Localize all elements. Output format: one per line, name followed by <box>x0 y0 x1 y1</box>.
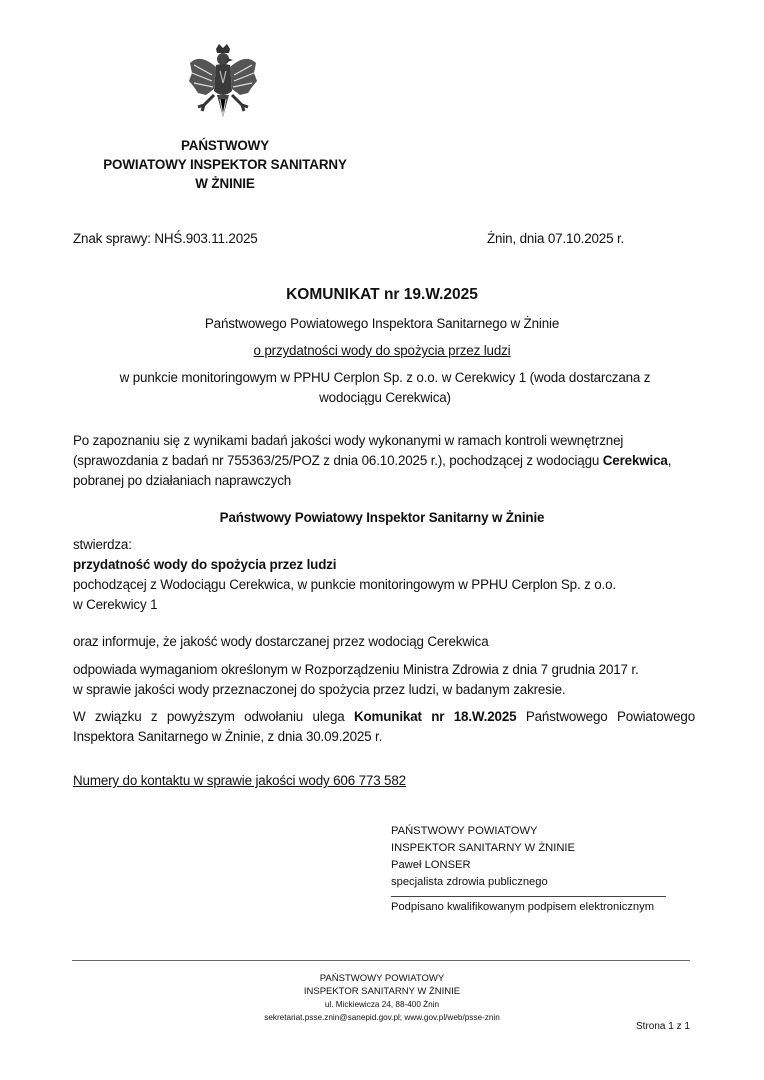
finding-label: stwierdza: <box>73 535 693 555</box>
info-paragraph-3: W związku z powyższym odwołaniu ulega Ko… <box>73 707 695 747</box>
institution-line: POWIATOWY INSPEKTOR SANITARNY <box>80 155 370 174</box>
signatory-name: Paweł LONSER <box>391 857 681 874</box>
place-and-date: Żnin, dnia 07.10.2025 r. <box>487 229 624 249</box>
signature-line: INSPEKTOR SANITARNY W ŻNINIE <box>391 840 681 857</box>
institution-line: PAŃSTWOWY <box>80 136 370 155</box>
page-number: Strona 1 z 1 <box>636 1021 690 1032</box>
authority-heading: Państwowy Powiatowy Inspektor Sanitarny … <box>0 508 764 528</box>
intro-text: Po zapoznaniu się z wynikami badań jakoś… <box>73 433 623 468</box>
info-regulation-line: odpowiada wymaganiom określonym w Rozpor… <box>73 660 703 680</box>
title-subject: o przydatności wody do spożycia przez lu… <box>0 341 764 361</box>
finding-location: w Cerekwicy 1 <box>73 595 693 615</box>
signature-line: PAŃSTWOWY POWIATOWY <box>391 823 681 840</box>
info-paragraph-2: odpowiada wymaganiom określonym w Rozpor… <box>73 660 703 700</box>
revoked-communique: Komunikat nr 18.W.2025 <box>354 709 516 724</box>
footer: PAŃSTWOWY POWIATOWY INSPEKTOR SANITARNY … <box>0 972 764 1024</box>
signature-caption: Podpisano kwalifikowanym podpisem elektr… <box>391 901 654 913</box>
intro-paragraph: Po zapoznaniu się z wynikami badań jakoś… <box>73 431 693 491</box>
signatory-role: specjalista zdrowia publicznego <box>391 874 681 891</box>
intro-waterworks-name: Cerekwica <box>603 453 668 468</box>
finding-statement: przydatność wody do spożycia przez ludzi <box>73 555 693 575</box>
footer-line: PAŃSTWOWY POWIATOWY <box>0 972 764 985</box>
footer-divider <box>72 960 690 961</box>
signature-block: PAŃSTWOWY POWIATOWY INSPEKTOR SANITARNY … <box>391 823 681 891</box>
signature-divider <box>391 896 666 897</box>
polish-eagle-emblem-icon <box>186 43 260 125</box>
info-paragraph-1: oraz informuje, że jakość wody dostarcza… <box>73 632 693 652</box>
institution-line: W ŻNINIE <box>80 174 370 193</box>
footer-address: ul. Mickiewicza 24, 88-400 Żnin <box>0 998 764 1011</box>
contact-phone: Numery do kontaktu w sprawie jakości wod… <box>73 771 406 791</box>
footer-line: INSPEKTOR SANITARNY W ŻNINIE <box>0 985 764 998</box>
case-number: Znak sprawy: NHŚ.903.11.2025 <box>73 229 258 249</box>
title-issuer: Państwowego Powiatowego Inspektora Sanit… <box>0 314 764 334</box>
info-regulation-line: w sprawie jakości wody przeznaczonej do … <box>73 680 703 700</box>
title-location: w punkcie monitoringowym w PPHU Cerplon … <box>90 368 680 408</box>
finding-detail: pochodzącej z Wodociągu Cerekwica, w pun… <box>73 575 693 595</box>
document-title: KOMUNIKAT nr 19.W.2025 <box>0 286 764 304</box>
issuing-institution-header: PAŃSTWOWY POWIATOWY INSPEKTOR SANITARNY … <box>80 136 370 193</box>
revocation-text: W związku z powyższym odwołaniu ulega <box>73 709 354 724</box>
finding-block: stwierdza: przydatność wody do spożycia … <box>73 535 693 615</box>
